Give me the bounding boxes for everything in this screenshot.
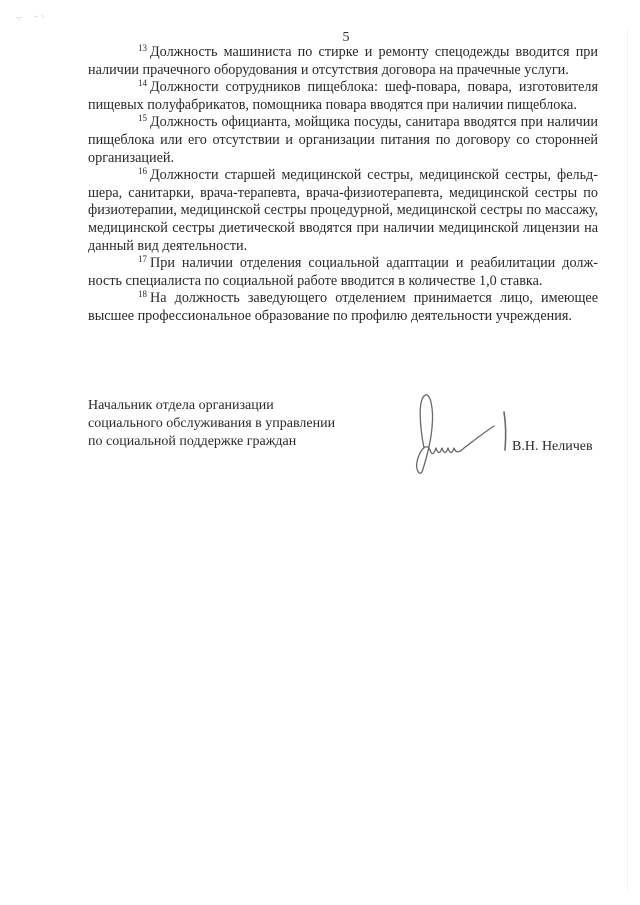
signatory-title-line: социального обслуживания в управлении: [88, 415, 388, 433]
footnote-14: 14Должности сотрудников пищеблока: шеф-п…: [88, 79, 598, 114]
footnote-17: 17При наличии отделения социальной адапт…: [88, 255, 598, 290]
footnote-16: 16Должности старшей медицинской сестры, …: [88, 167, 598, 255]
footnote-number: 14: [138, 78, 147, 88]
scan-edge-divider: [627, 30, 628, 890]
footnote-text: Должность машиниста по стирке и ремонту …: [88, 44, 598, 78]
footnote-text: Должности сотрудников пищеблока: шеф-пов…: [88, 79, 598, 113]
signer-name: В.Н. Неличев: [512, 438, 593, 456]
footnote-number: 16: [138, 166, 147, 176]
footnote-text: Должности старшей медицинской сестры, ме…: [88, 167, 598, 253]
footnote-18: 18На должность заведующего отделением пр…: [88, 290, 598, 325]
footnote-number: 18: [138, 289, 147, 299]
signatory-title-line: Начальник отдела организации: [88, 397, 388, 415]
footnote-number: 15: [138, 113, 147, 123]
handwritten-signature-icon: [410, 388, 520, 476]
footnote-number: 17: [138, 254, 147, 264]
footnote-13: 13Должность машиниста по стирке и ремонт…: [88, 44, 598, 79]
footnote-text: При наличии отделения социальной адаптац…: [88, 255, 598, 289]
signatory-title: Начальник отдела организации социального…: [88, 397, 388, 451]
scan-artifact-icon: [14, 12, 50, 22]
footnote-text: Должность официанта, мойщика посуды, сан…: [88, 114, 598, 165]
footnote-text: На должность заведующего отделением прин…: [88, 290, 598, 324]
document-page: 5 13Должность машиниста по стирке и ремо…: [0, 0, 640, 905]
footnotes-list: 13Должность машиниста по стирке и ремонт…: [88, 44, 598, 326]
footnote-15: 15Должность официанта, мойщика посуды, с…: [88, 114, 598, 167]
footnote-number: 13: [138, 43, 147, 53]
signatory-title-line: по социальной поддержке граждан: [88, 433, 388, 451]
